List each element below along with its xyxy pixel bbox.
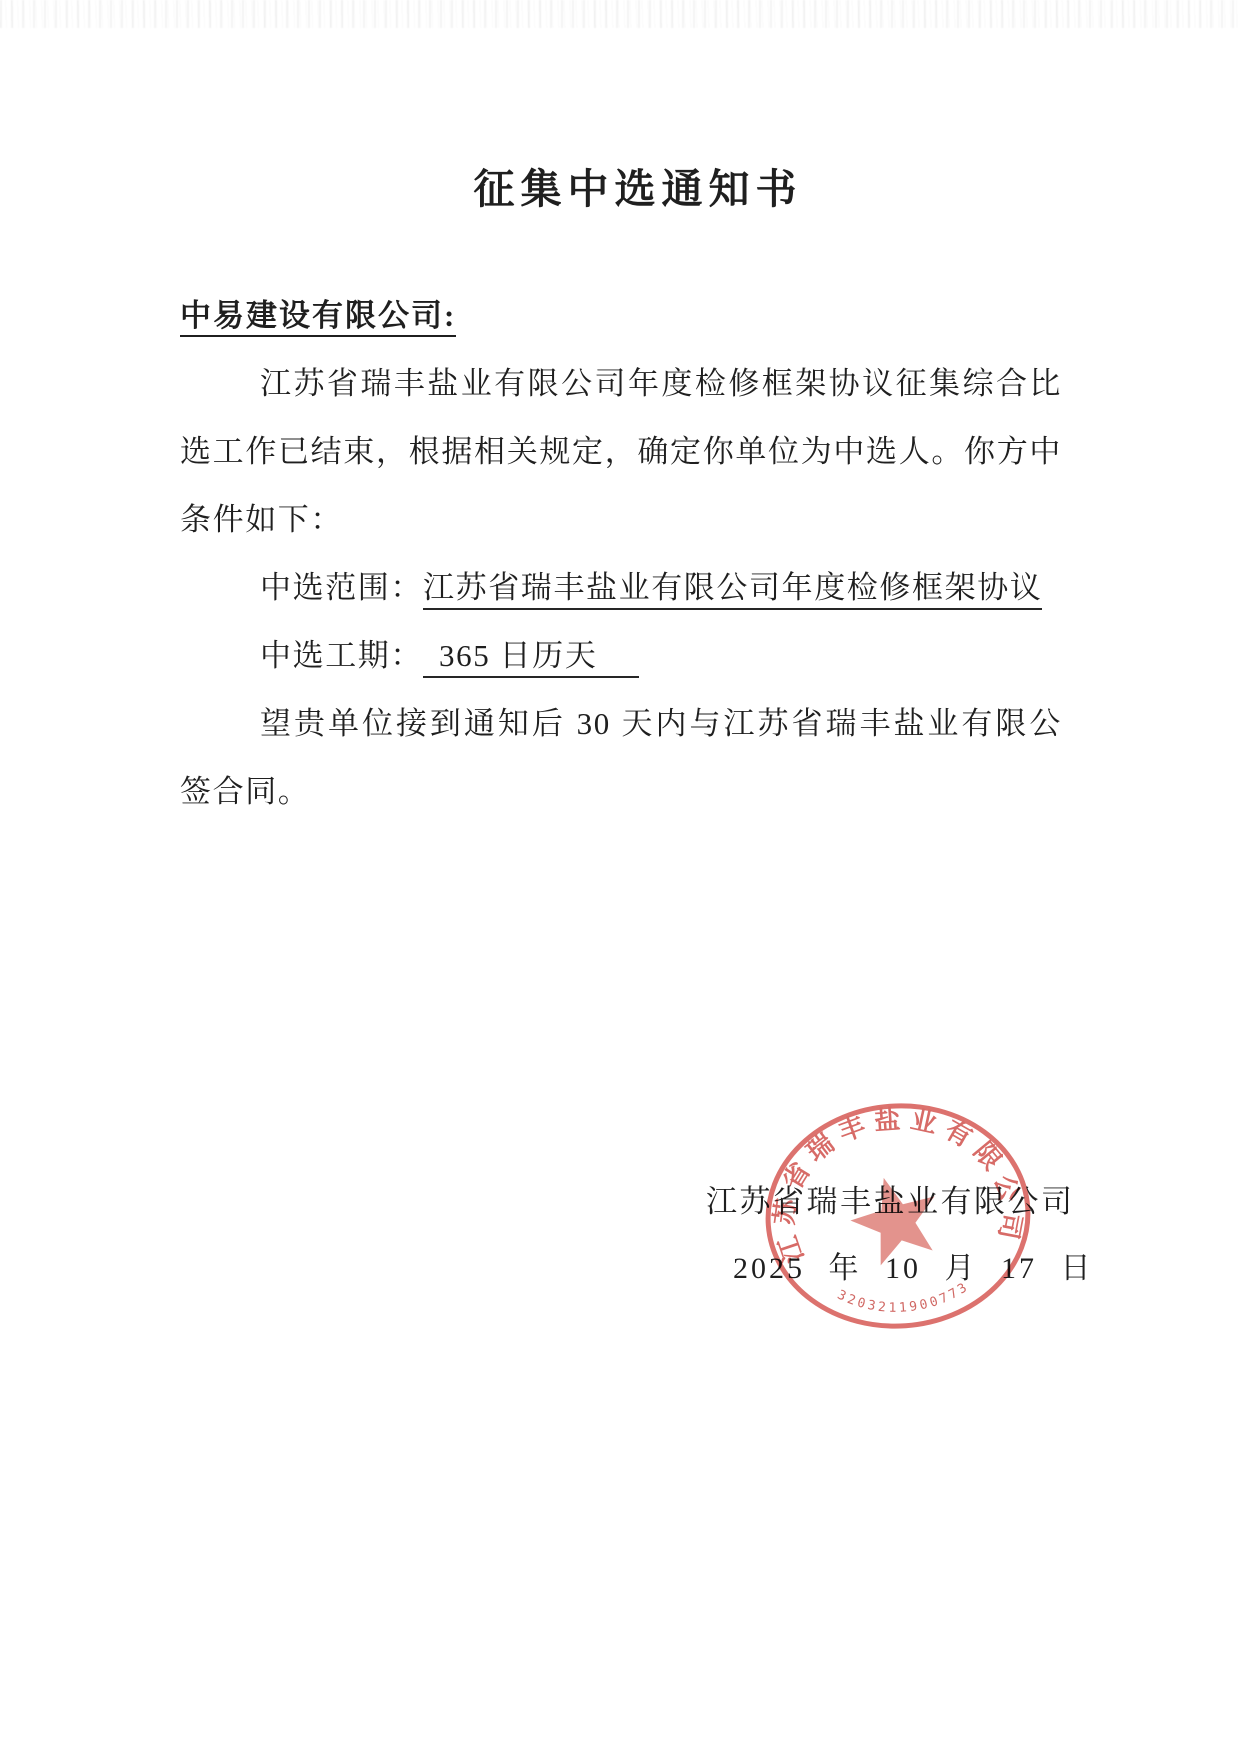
addressee-line: 中易建设有限公司: <box>180 282 1062 350</box>
scan-noise-artifact <box>0 0 1240 28</box>
addressee: 中易建设有限公司: <box>180 298 456 337</box>
scope-label: 中选范围： <box>260 570 423 605</box>
document-page: 征集中选通知书 中易建设有限公司: 江苏省瑞丰盐业有限公司年度检修框架协议征集综… <box>0 0 1240 1753</box>
paragraph1-line1: 江苏省瑞丰盐业有限公司年度检修框架协议征集综合比 <box>180 350 1062 418</box>
paragraph1-line3: 条件如下： <box>180 486 1062 554</box>
field-duration-row: 中选工期：365 日历天 <box>180 622 1062 690</box>
field-scope-row: 中选范围：江苏省瑞丰盐业有限公司年度检修框架协议 <box>180 554 1062 622</box>
paragraph2-line2: 签合同。 <box>180 758 1062 826</box>
company-seal-stamp: 江苏省瑞丰盐业有限公司 3203211900773 <box>750 1087 1046 1346</box>
duration-value: 365 日历天 <box>423 638 639 678</box>
document-body: 中易建设有限公司: 江苏省瑞丰盐业有限公司年度检修框架协议征集综合比 选工作已结… <box>180 282 1062 826</box>
paragraph1-line2: 选工作已结束，根据相关规定，确定你单位为中选人。你方中选 <box>180 418 1062 486</box>
stamp-star-icon <box>848 1174 939 1267</box>
document-title: 征集中选通知书 <box>18 156 1240 215</box>
duration-label: 中选工期： <box>260 638 423 673</box>
scope-value: 江苏省瑞丰盐业有限公司年度检修框架协议 <box>423 570 1042 610</box>
paragraph2-line1: 望贵单位接到通知后 30 天内与江苏省瑞丰盐业有限公司商 <box>180 690 1062 758</box>
